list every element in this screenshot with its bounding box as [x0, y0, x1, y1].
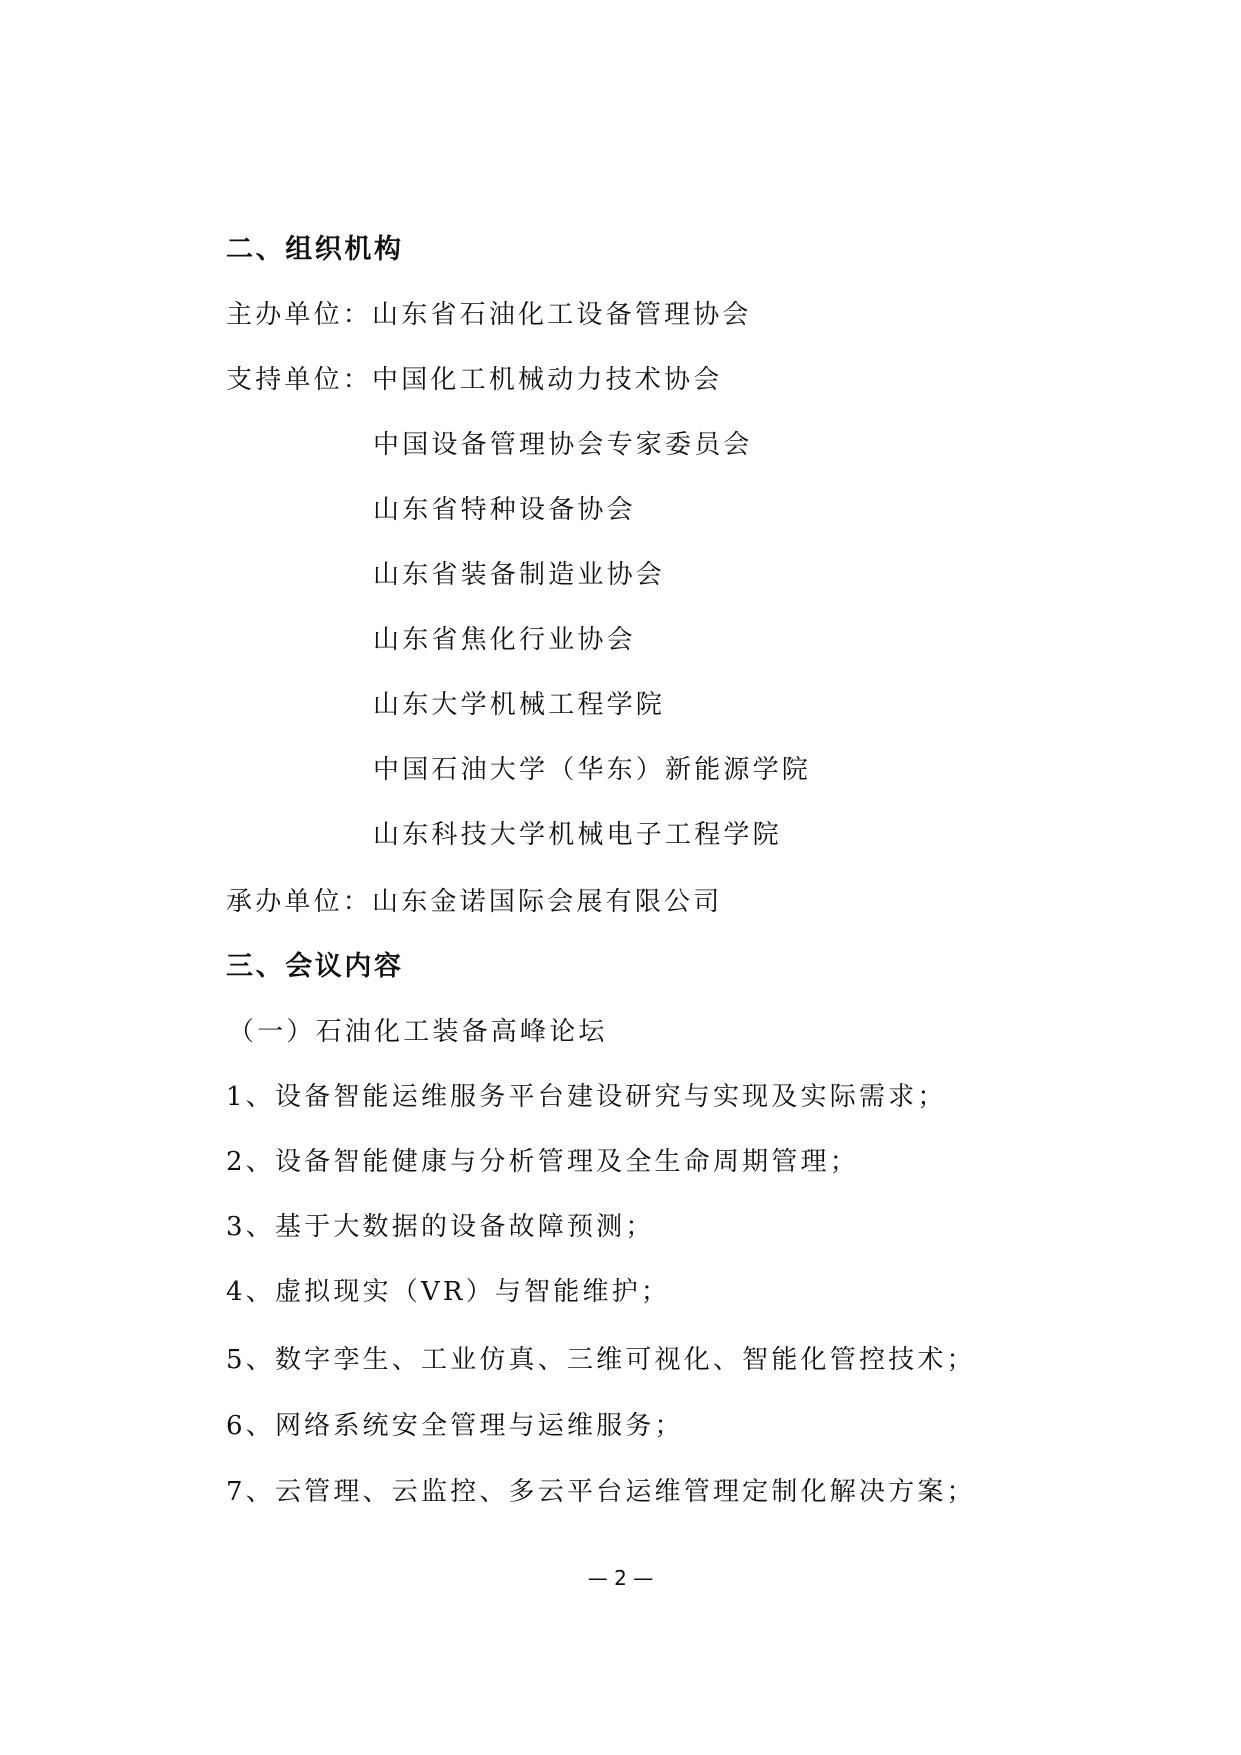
- forum-topic-item: 3、基于大数据的设备故障预测；: [226, 1207, 655, 1247]
- support-unit-item: 中国设备管理协会专家委员会: [373, 425, 753, 465]
- forum-topic-item: 7、云管理、云监控、多云平台运维管理定制化解决方案；: [226, 1472, 976, 1512]
- organizer-unit-label: 承办单位：: [226, 882, 372, 922]
- support-unit-item: 山东省装备制造业协会: [373, 555, 665, 595]
- support-unit-item: 中国化工机械动力技术协会: [372, 365, 722, 395]
- page-number: — 2 —: [0, 1562, 1241, 1594]
- support-unit-label: 支持单位：: [226, 360, 372, 400]
- support-unit-row: 支持单位：中国化工机械动力技术协会: [226, 360, 722, 400]
- forum-topic-item: 2、设备智能健康与分析管理及全生命周期管理；: [226, 1142, 859, 1182]
- forum-topic-item: 4、虚拟现实（VR）与智能维护；: [226, 1272, 670, 1312]
- subsection-heading-forum: （一）石油化工装备高峰论坛: [228, 1012, 608, 1052]
- section-heading-content: 三、会议内容: [226, 947, 404, 987]
- organizer-unit-row: 承办单位：山东金诺国际会展有限公司: [226, 882, 722, 922]
- organizer-unit-value: 山东金诺国际会展有限公司: [372, 887, 722, 917]
- forum-topic-item: 6、网络系统安全管理与运维服务；: [226, 1406, 684, 1446]
- section-heading-organization: 二、组织机构: [226, 230, 404, 270]
- document-page: 二、组织机构 主办单位：山东省石油化工设备管理协会 支持单位：中国化工机械动力技…: [0, 0, 1241, 1755]
- forum-topic-item: 1、设备智能运维服务平台建设研究与实现及实际需求；: [226, 1077, 947, 1117]
- support-unit-item: 中国石油大学（华东）新能源学院: [373, 750, 811, 790]
- support-unit-item: 山东科技大学机械电子工程学院: [373, 815, 782, 855]
- support-unit-item: 山东省特种设备协会: [373, 490, 636, 530]
- host-unit-value: 山东省石油化工设备管理协会: [372, 300, 752, 330]
- forum-topic-item: 5、数字孪生、工业仿真、三维可视化、智能化管控技术；: [226, 1340, 976, 1380]
- support-unit-item: 山东省焦化行业协会: [373, 620, 636, 660]
- support-unit-item: 山东大学机械工程学院: [373, 685, 665, 725]
- host-unit-row: 主办单位：山东省石油化工设备管理协会: [226, 295, 752, 335]
- host-unit-label: 主办单位：: [226, 295, 372, 335]
